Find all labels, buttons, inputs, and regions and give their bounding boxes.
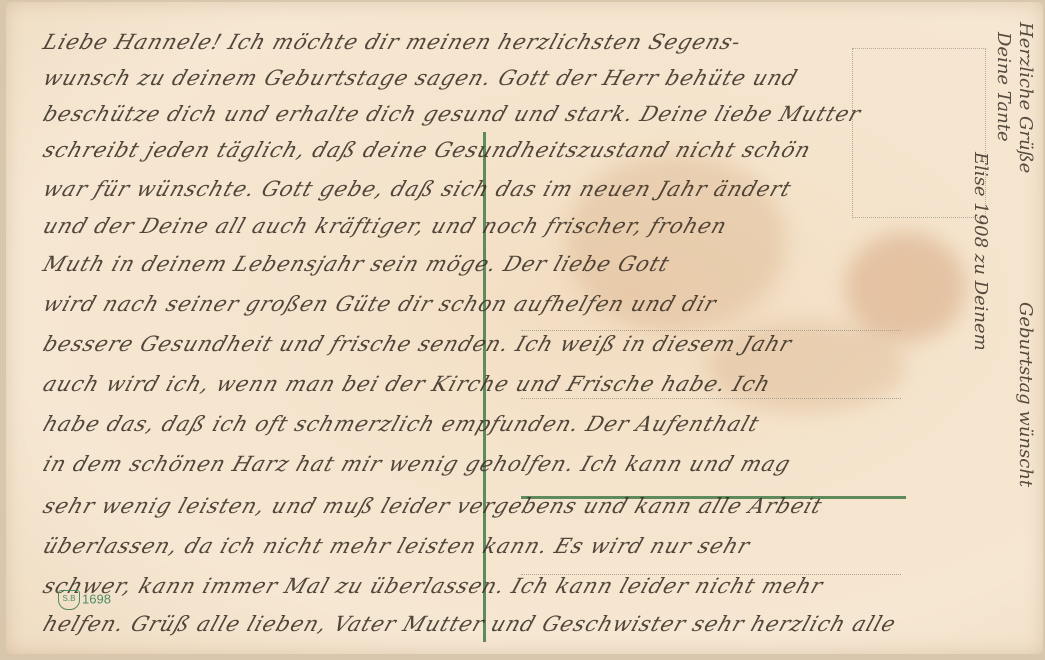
handwritten-line: in dem schönen Harz hat mir wenig geholf… (40, 452, 794, 476)
margin-note: Elise 1908 zu Deinem (970, 152, 991, 351)
publisher-number: 1698 (82, 591, 111, 606)
stamp-box (852, 48, 986, 218)
handwritten-line: habe das, daß ich oft schmerzlich empfun… (40, 412, 763, 436)
handwritten-line: war für wünschte. Gott gebe, daß sich da… (40, 177, 795, 201)
stain (846, 232, 966, 342)
margin-note: Herzliche Grüße (1015, 22, 1036, 173)
handwritten-line: und der Deine all auch kräftiger, und no… (40, 214, 730, 238)
handwritten-line: sehr wenig leisten, und muß leider verge… (40, 494, 826, 518)
handwritten-line: helfen. Grüß alle lieben, Vater Mutter u… (40, 612, 899, 636)
publisher-mark: S.B1698 (58, 590, 111, 610)
address-line (521, 330, 901, 331)
handwritten-line: beschütze dich und erhalte dich gesund u… (40, 102, 864, 126)
postcard: Liebe Hannele! Ich möchte dir meinen her… (6, 2, 1043, 654)
margin-note: Deine Tante (993, 32, 1014, 142)
handwritten-line: wird nach seiner großen Güte dir schon a… (40, 292, 720, 316)
margin-note: Geburtstag wünscht (1015, 302, 1036, 487)
shield-icon: S.B (58, 590, 80, 610)
handwritten-line: bessere Gesundheit und frische senden. I… (40, 332, 795, 356)
handwritten-line: schreibt jeden täglich, daß deine Gesund… (40, 138, 814, 162)
handwritten-line: wunsch zu deinem Geburtstage sagen. Gott… (40, 66, 801, 90)
handwritten-line: Liebe Hannele! Ich möchte dir meinen her… (40, 30, 744, 54)
address-line (521, 398, 901, 399)
handwritten-line: Muth in deinem Lebensjahr sein möge. Der… (40, 252, 673, 276)
handwritten-line: schwer, kann immer Mal zu überlassen. Ic… (40, 574, 826, 598)
handwritten-line: auch wird ich, wenn man bei der Kirche u… (40, 372, 774, 396)
handwritten-line: überlassen, da ich nicht mehr leisten ka… (40, 534, 753, 558)
